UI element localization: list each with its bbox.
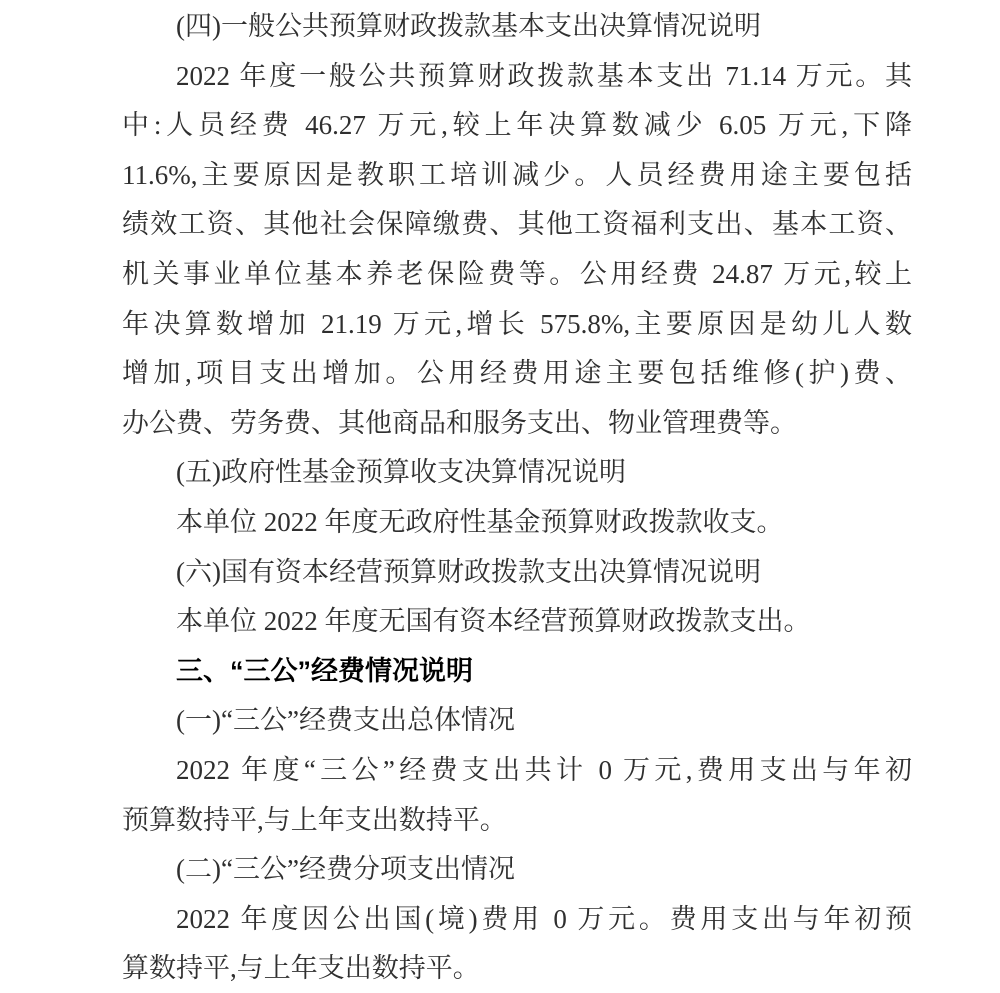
body-text-line: 2022 年度“三公”经费支出共计 0 万元,费用支出与年初 [122, 746, 912, 796]
body-text-line: 本单位 2022 年度无国有资本经营预算财政拨款支出。 [122, 597, 912, 647]
body-text-line: 中:人员经费 46.27 万元,较上年决算数减少 6.05 万元,下降 [122, 101, 912, 151]
section-heading-line: (四)一般公共预算财政拨款基本支出决算情况说明 [122, 2, 912, 52]
body-text-line: 机关事业单位基本养老保险费等。公用经费 24.87 万元,较上 [122, 250, 912, 300]
section-heading-line: (六)国有资本经营预算财政拨款支出决算情况说明 [122, 548, 912, 598]
body-text-line: 算数持平,与上年支出数持平。 [122, 944, 912, 993]
body-text-line: 办公费、劳务费、其他商品和服务支出、物业管理费等。 [122, 399, 912, 449]
body-text-line: 2022 年度一般公共预算财政拨款基本支出 71.14 万元。其 [122, 52, 912, 102]
body-text-line: 增加,项目支出增加。公用经费用途主要包括维修(护)费、 [122, 349, 912, 399]
body-text-line: 预算数持平,与上年支出数持平。 [122, 796, 912, 846]
body-text-line: 2022 年度因公出国(境)费用 0 万元。费用支出与年初预 [122, 895, 912, 945]
document-page: (四)一般公共预算财政拨款基本支出决算情况说明2022 年度一般公共预算财政拨款… [0, 0, 1000, 993]
section-heading-line: (二)“三公”经费分项支出情况 [122, 845, 912, 895]
section-heading-line: (一)“三公”经费支出总体情况 [122, 696, 912, 746]
body-text-line: 绩效工资、其他社会保障缴费、其他工资福利支出、基本工资、 [122, 200, 912, 250]
document-body: (四)一般公共预算财政拨款基本支出决算情况说明2022 年度一般公共预算财政拨款… [122, 2, 912, 993]
body-text-line: 本单位 2022 年度无政府性基金预算财政拨款收支。 [122, 498, 912, 548]
section-heading-line: (五)政府性基金预算收支决算情况说明 [122, 448, 912, 498]
body-text-line: 年决算数增加 21.19 万元,增长 575.8%,主要原因是幼儿人数 [122, 300, 912, 350]
body-text-line: 11.6%,主要原因是教职工培训减少。人员经费用途主要包括 [122, 151, 912, 201]
chapter-heading-line: 三、“三公”经费情况说明 [122, 647, 912, 697]
